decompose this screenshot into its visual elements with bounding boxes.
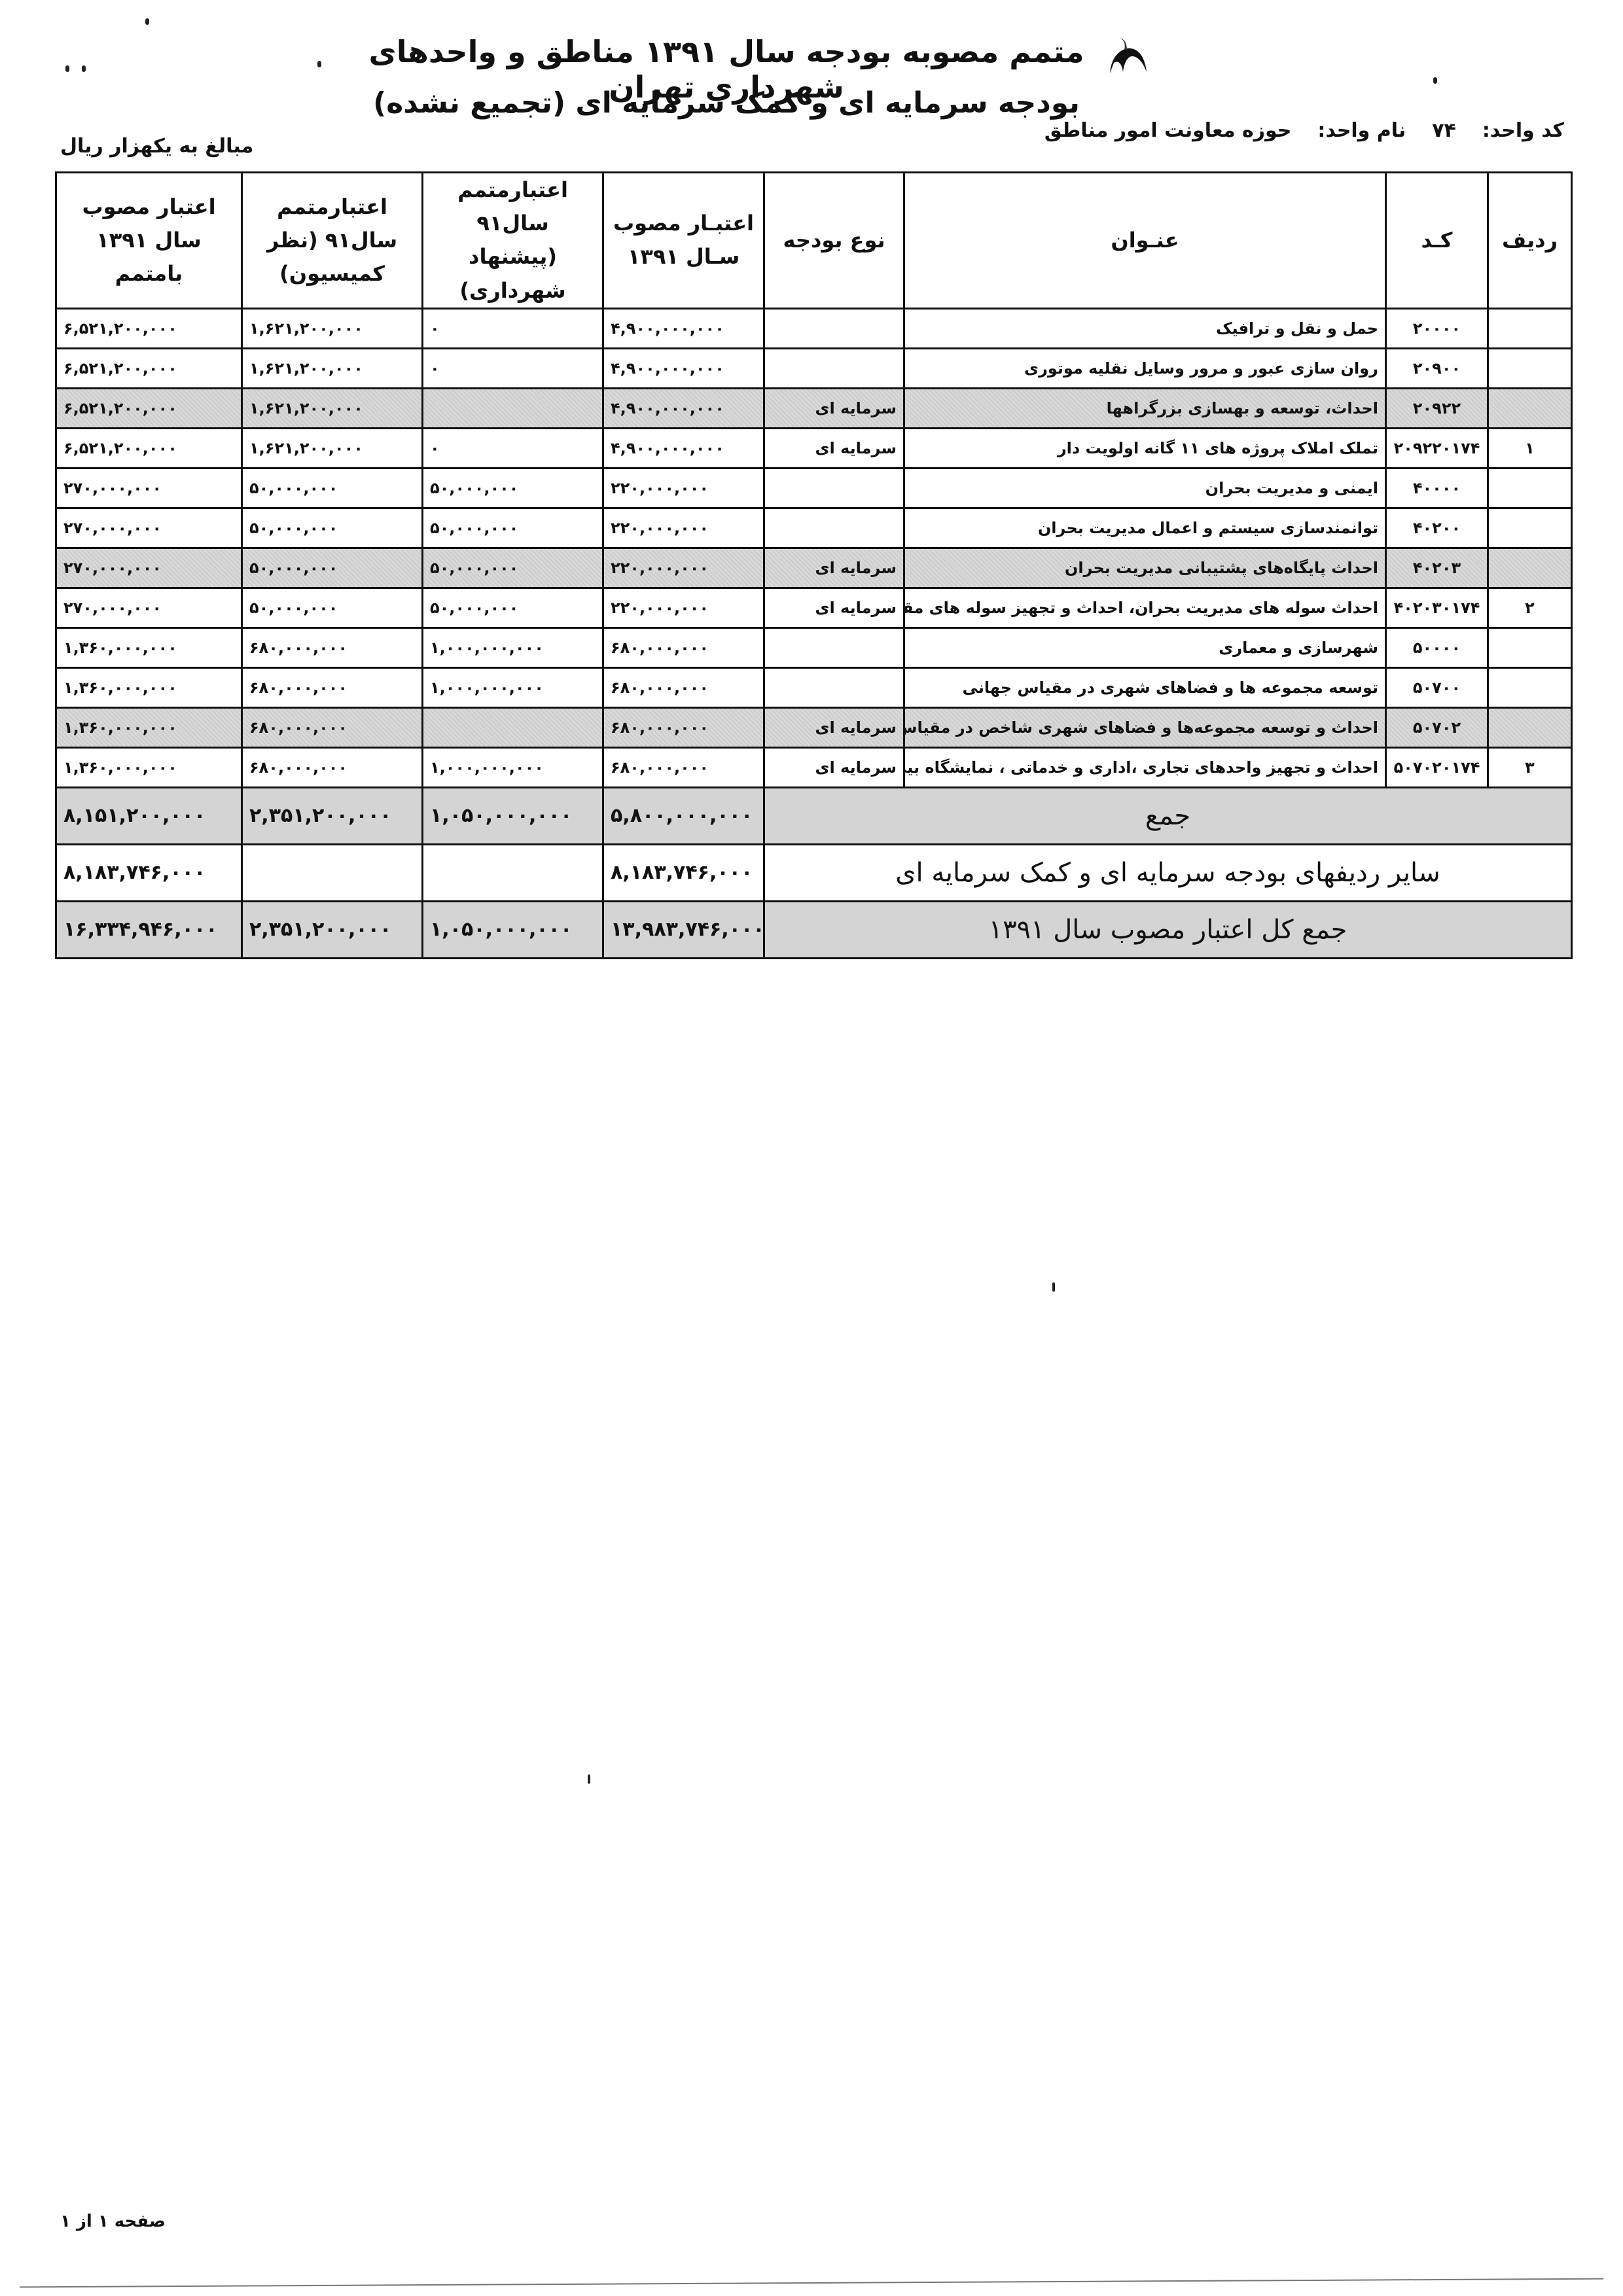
scan-speck [82,65,86,72]
scan-speck [1052,1282,1055,1292]
cell-budget-type: سرمایه ای [764,707,904,747]
cell-approved-1391: ۴,۹۰۰,۰۰۰,۰۰۰ [603,308,764,348]
cell-approved-with-supp: ۶,۵۲۱,۲۰۰,۰۰۰ [56,428,242,468]
cell-supp-commission: ۱,۶۲۱,۲۰۰,۰۰۰ [242,428,423,468]
cell-supp-commission: ۶۸۰,۰۰۰,۰۰۰ [242,667,423,707]
cell-title: حمل و نقل و ترافیک [904,308,1386,348]
municipality-logo-icon [1105,34,1150,80]
cell-approved-with-supp: ۱,۳۶۰,۰۰۰,۰۰۰ [56,627,242,667]
cell-supp-mayor [423,707,603,747]
cell-approved-with-supp: ۲۷۰,۰۰۰,۰۰۰ [56,588,242,627]
document-subtitle: بودجه سرمایه ای و کمک سرمایه ای (تجمیع ن… [366,86,1086,120]
amounts-unit-note: مبالغ به یکهزار ریال [60,135,253,158]
cell-approved-1391: ۴,۹۰۰,۰۰۰,۰۰۰ [603,428,764,468]
cell-supp-commission [242,844,423,901]
table-header-row: ردیف کـد عنـوان نوع بودجه اعتبـار مصوب س… [56,173,1572,309]
table-body: ۲۰۰۰۰حمل و نقل و ترافیک۴,۹۰۰,۰۰۰,۰۰۰۰۱,۶… [56,308,1572,958]
total-label: جمع کل اعتبار مصوب سال ۱۳۹۱ [764,901,1572,958]
scan-speck [588,1775,590,1784]
cell-supp-commission: ۵۰,۰۰۰,۰۰۰ [242,588,423,627]
cell-supp-mayor: ۰ [423,308,603,348]
cell-supp-commission: ۵۰,۰۰۰,۰۰۰ [242,468,423,508]
cell-code: ۴۰۲۰۳ [1386,548,1488,588]
cell-row-no: ۱ [1488,428,1572,468]
cell-budget-type [764,627,904,667]
cell-supp-mayor: ۰ [423,348,603,388]
table-row: ۵۰۰۰۰شهرسازی و معماری۶۸۰,۰۰۰,۰۰۰۱,۰۰۰,۰۰… [56,627,1572,667]
cell-supp-mayor: ۱,۰۵۰,۰۰۰,۰۰۰ [423,901,603,958]
cell-row-no [1488,548,1572,588]
total-label: جمع [764,787,1572,844]
cell-approved-with-supp: ۲۷۰,۰۰۰,۰۰۰ [56,548,242,588]
table-row: ۳۵۰۷۰۲۰۱۷۴احداث و تجهیز واحدهای تجاری ،ا… [56,747,1572,787]
cell-approved-1391: ۲۲۰,۰۰۰,۰۰۰ [603,508,764,548]
table-row: ۲۰۹۰۰روان سازی عبور و مرور وسایل نقلیه م… [56,348,1572,388]
cell-row-no [1488,627,1572,667]
cell-supp-commission: ۵۰,۰۰۰,۰۰۰ [242,508,423,548]
cell-code: ۴۰۲۰۰ [1386,508,1488,548]
cell-approved-with-supp: ۶,۵۲۱,۲۰۰,۰۰۰ [56,388,242,428]
cell-approved-with-supp: ۲۷۰,۰۰۰,۰۰۰ [56,508,242,548]
col-header-row-no: ردیف [1488,173,1572,309]
cell-code: ۵۰۰۰۰ [1386,627,1488,667]
table-row: ۲۰۰۰۰حمل و نقل و ترافیک۴,۹۰۰,۰۰۰,۰۰۰۰۱,۶… [56,308,1572,348]
cell-supp-mayor: ۱,۰۵۰,۰۰۰,۰۰۰ [423,787,603,844]
cell-budget-type: سرمایه ای [764,588,904,627]
cell-approved-with-supp: ۱,۳۶۰,۰۰۰,۰۰۰ [56,707,242,747]
cell-supp-commission: ۲,۳۵۱,۲۰۰,۰۰۰ [242,787,423,844]
cell-title: احداث، توسعه و بهسازی بزرگراهها [904,388,1386,428]
cell-supp-commission: ۱,۶۲۱,۲۰۰,۰۰۰ [242,388,423,428]
cell-supp-mayor [423,844,603,901]
cell-title: توسعه مجموعه ها و فضاهای شهری در مقیاس ج… [904,667,1386,707]
cell-approved-1391: ۸,۱۸۳,۷۴۶,۰۰۰ [603,844,764,901]
cell-title: تملک املاک پروژه های ۱۱ گانه اولویت دار [904,428,1386,468]
cell-approved-1391: ۲۲۰,۰۰۰,۰۰۰ [603,588,764,627]
cell-budget-type [764,308,904,348]
cell-title: روان سازی عبور و مرور وسایل نقلیه موتوری [904,348,1386,388]
cell-title: توانمندسازی سیستم و اعمال مدیریت بحران [904,508,1386,548]
cell-code: ۵۰۷۰۲ [1386,707,1488,747]
cell-supp-mayor: ۵۰,۰۰۰,۰۰۰ [423,548,603,588]
cell-approved-with-supp: ۱۶,۳۳۴,۹۴۶,۰۰۰ [56,901,242,958]
table-row: ۲۰۹۲۲احداث، توسعه و بهسازی بزرگراههاسرما… [56,388,1572,428]
cell-title: شهرسازی و معماری [904,627,1386,667]
unit-name-label: نام واحد: [1317,119,1406,142]
cell-row-no [1488,667,1572,707]
cell-approved-1391: ۶۸۰,۰۰۰,۰۰۰ [603,747,764,787]
cell-supp-mayor: ۵۰,۰۰۰,۰۰۰ [423,508,603,548]
cell-row-no [1488,468,1572,508]
cell-supp-mayor: ۱,۰۰۰,۰۰۰,۰۰۰ [423,667,603,707]
cell-supp-commission: ۵۰,۰۰۰,۰۰۰ [242,548,423,588]
cell-budget-type [764,348,904,388]
cell-budget-type: سرمایه ای [764,747,904,787]
unit-name-value: حوزه معاونت امور مناطق [1044,119,1292,142]
table-row: ۴۰۲۰۰توانمندسازی سیستم و اعمال مدیریت بح… [56,508,1572,548]
cell-code: ۲۰۹۲۲۰۱۷۴ [1386,428,1488,468]
cell-row-no [1488,348,1572,388]
footer-divider [20,2278,1603,2288]
cell-approved-1391: ۶۸۰,۰۰۰,۰۰۰ [603,627,764,667]
cell-row-no [1488,388,1572,428]
total-row: جمع۵,۸۰۰,۰۰۰,۰۰۰۱,۰۵۰,۰۰۰,۰۰۰۲,۳۵۱,۲۰۰,۰… [56,787,1572,844]
cell-supp-mayor: ۵۰,۰۰۰,۰۰۰ [423,588,603,627]
scan-speck [145,18,149,25]
cell-budget-type [764,508,904,548]
cell-approved-with-supp: ۸,۱۵۱,۲۰۰,۰۰۰ [56,787,242,844]
cell-approved-with-supp: ۱,۳۶۰,۰۰۰,۰۰۰ [56,747,242,787]
cell-supp-commission: ۶۸۰,۰۰۰,۰۰۰ [242,707,423,747]
total-row: جمع کل اعتبار مصوب سال ۱۳۹۱۱۳,۹۸۳,۷۴۶,۰۰… [56,901,1572,958]
table-row: ۵۰۷۰۲احداث و توسعه مجموعه‌ها و فضاهای شه… [56,707,1572,747]
cell-supp-mayor: ۱,۰۰۰,۰۰۰,۰۰۰ [423,627,603,667]
cell-supp-commission: ۲,۳۵۱,۲۰۰,۰۰۰ [242,901,423,958]
cell-title: احداث و توسعه مجموعه‌ها و فضاهای شهری شا… [904,707,1386,747]
cell-approved-1391: ۱۳,۹۸۳,۷۴۶,۰۰۰ [603,901,764,958]
table-row: ۱۲۰۹۲۲۰۱۷۴تملک املاک پروژه های ۱۱ گانه ا… [56,428,1572,468]
scan-speck [1433,77,1437,84]
cell-supp-commission: ۱,۶۲۱,۲۰۰,۰۰۰ [242,348,423,388]
cell-row-no: ۲ [1488,588,1572,627]
cell-supp-mayor: ۵۰,۰۰۰,۰۰۰ [423,468,603,508]
cell-supp-commission: ۱,۶۲۱,۲۰۰,۰۰۰ [242,308,423,348]
cell-code: ۲۰۹۲۲ [1386,388,1488,428]
cell-code: ۴۰۲۰۳۰۱۷۴ [1386,588,1488,627]
cell-row-no [1488,508,1572,548]
cell-budget-type [764,667,904,707]
cell-approved-1391: ۶۸۰,۰۰۰,۰۰۰ [603,667,764,707]
cell-title: ایمنی و مدیریت بحران [904,468,1386,508]
col-header-code: کـد [1386,173,1488,309]
unit-code-label: کد واحد: [1482,119,1564,142]
table-row: ۵۰۷۰۰توسعه مجموعه ها و فضاهای شهری در مق… [56,667,1572,707]
cell-supp-mayor: ۰ [423,428,603,468]
cell-code: ۲۰۹۰۰ [1386,348,1488,388]
scan-speck [317,61,321,67]
total-row: سایر ردیفهای بودجه سرمایه ای و کمک سرمای… [56,844,1572,901]
table-row: ۲۴۰۲۰۳۰۱۷۴احداث سوله های مدیریت بحران، ا… [56,588,1572,627]
cell-row-no [1488,308,1572,348]
cell-supp-commission: ۶۸۰,۰۰۰,۰۰۰ [242,747,423,787]
cell-approved-1391: ۲۲۰,۰۰۰,۰۰۰ [603,468,764,508]
cell-title: احداث پایگاه‌های پشتیبانی مدیریت بحران [904,548,1386,588]
unit-info: کد واحد: ۷۴ نام واحد: حوزه معاونت امور م… [1044,119,1564,142]
cell-approved-with-supp: ۶,۵۲۱,۲۰۰,۰۰۰ [56,348,242,388]
cell-code: ۴۰۰۰۰ [1386,468,1488,508]
col-header-approved-1391: اعتبـار مصوب سـال ۱۳۹۱ [603,173,764,309]
cell-title: احداث و تجهیز واحدهای تجاری ،اداری و خدم… [904,747,1386,787]
scan-speck [65,65,69,72]
cell-row-no [1488,707,1572,747]
cell-budget-type: سرمایه ای [764,548,904,588]
col-header-approved-with-supp: اعتبار مصوب سال ۱۳۹۱ بامتمم [56,173,242,309]
table-row: ۴۰۲۰۳احداث پایگاه‌های پشتیبانی مدیریت بح… [56,548,1572,588]
cell-code: ۲۰۰۰۰ [1386,308,1488,348]
table-row: ۴۰۰۰۰ایمنی و مدیریت بحران۲۲۰,۰۰۰,۰۰۰۵۰,۰… [56,468,1572,508]
col-header-supp-mayor: اعتبارمتمم سال۹۱ (پیشنهاد شهرداری) [423,173,603,309]
total-label: سایر ردیفهای بودجه سرمایه ای و کمک سرمای… [764,844,1572,901]
cell-supp-mayor [423,388,603,428]
page-number: صفحه ۱ از ۱ [60,2212,166,2231]
cell-approved-1391: ۴,۹۰۰,۰۰۰,۰۰۰ [603,348,764,388]
cell-budget-type [764,468,904,508]
cell-approved-with-supp: ۶,۵۲۱,۲۰۰,۰۰۰ [56,308,242,348]
cell-row-no: ۳ [1488,747,1572,787]
cell-approved-with-supp: ۲۷۰,۰۰۰,۰۰۰ [56,468,242,508]
cell-approved-with-supp: ۸,۱۸۳,۷۴۶,۰۰۰ [56,844,242,901]
cell-approved-1391: ۴,۹۰۰,۰۰۰,۰۰۰ [603,388,764,428]
cell-code: ۵۰۷۰۲۰۱۷۴ [1386,747,1488,787]
cell-title: احداث سوله های مدیریت بحران، احداث و تجه… [904,588,1386,627]
cell-code: ۵۰۷۰۰ [1386,667,1488,707]
cell-supp-mayor: ۱,۰۰۰,۰۰۰,۰۰۰ [423,747,603,787]
cell-approved-with-supp: ۱,۳۶۰,۰۰۰,۰۰۰ [56,667,242,707]
cell-budget-type: سرمایه ای [764,388,904,428]
col-header-title: عنـوان [904,173,1386,309]
cell-approved-1391: ۲۲۰,۰۰۰,۰۰۰ [603,548,764,588]
cell-budget-type: سرمایه ای [764,428,904,468]
col-header-supp-commission: اعتبارمتمم سال۹۱ (نظر کمیسیون) [242,173,423,309]
unit-code-value: ۷۴ [1432,119,1456,142]
budget-table: ردیف کـد عنـوان نوع بودجه اعتبـار مصوب س… [55,171,1573,959]
col-header-budget-type: نوع بودجه [764,173,904,309]
cell-approved-1391: ۶۸۰,۰۰۰,۰۰۰ [603,707,764,747]
cell-supp-commission: ۶۸۰,۰۰۰,۰۰۰ [242,627,423,667]
cell-approved-1391: ۵,۸۰۰,۰۰۰,۰۰۰ [603,787,764,844]
